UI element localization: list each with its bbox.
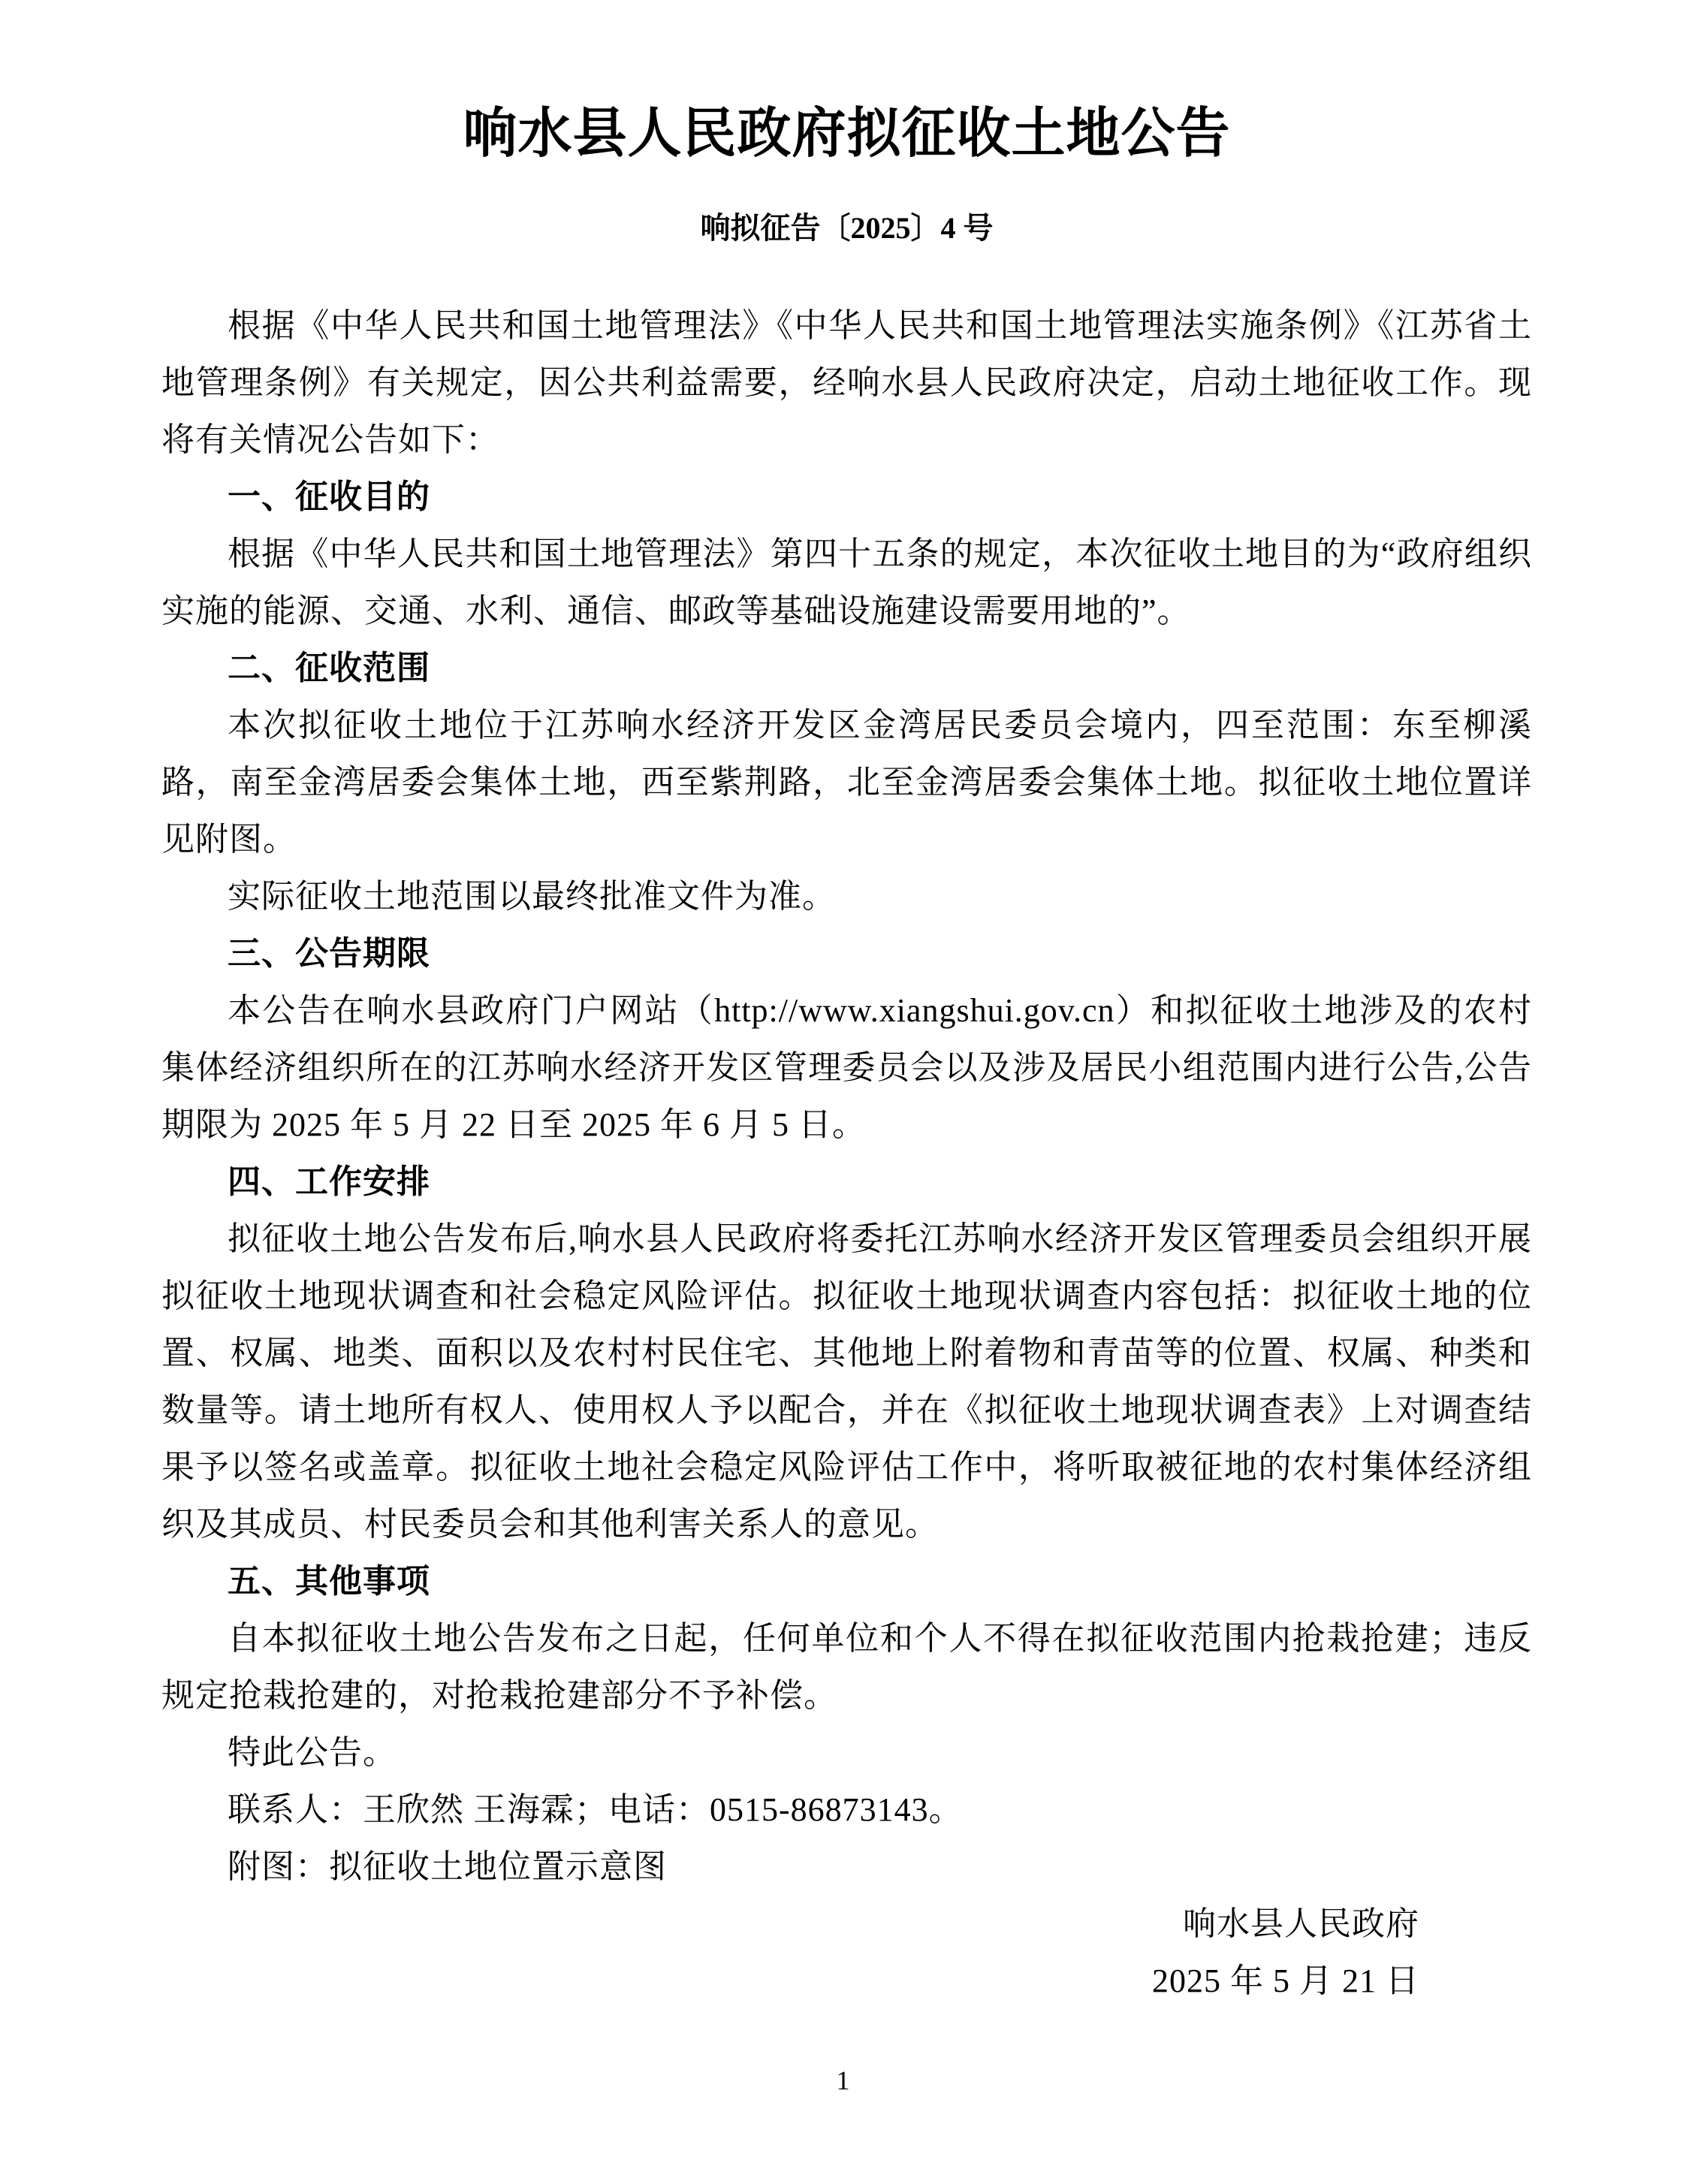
- section-heading-4: 四、工作安排: [161, 1154, 1532, 1211]
- section-purpose: 一、征收目的 根据《中华人民共和国土地管理法》第四十五条的规定，本次征收土地目的…: [161, 469, 1532, 640]
- paragraph-attachment: 附图：拟征收土地位置示意图: [161, 1839, 1532, 1896]
- document-number: 响拟征告〔2025〕4 号: [161, 207, 1532, 249]
- page-number: 1: [0, 2065, 1686, 2095]
- section-other-matters: 五、其他事项 自本拟征收土地公告发布之日起，任何单位和个人不得在拟征收范围内抢栽…: [161, 1553, 1532, 1896]
- section-work-plan: 四、工作安排 拟征收土地公告发布后,响水县人民政府将委托江苏响水经济开发区管理委…: [161, 1154, 1532, 1553]
- paragraph: 自本拟征收土地公告发布之日起，任何单位和个人不得在拟征收范围内抢栽抢建；违反规定…: [161, 1610, 1532, 1724]
- section-heading-3: 三、公告期限: [161, 925, 1532, 982]
- paragraph-contacts: 联系人：王欣然 王海霖；电话：0515-86873143。: [161, 1781, 1532, 1839]
- paragraph-hereby-announced: 特此公告。: [161, 1724, 1532, 1781]
- paragraph: 本次拟征收土地位于江苏响水经济开发区金湾居民委员会境内，四至范围：东至柳溪路，南…: [161, 697, 1532, 868]
- signature-date: 2025 年 5 月 21 日: [161, 1953, 1419, 2010]
- section-notice-period: 三、公告期限 本公告在响水县政府门户网站（http://www.xiangshu…: [161, 925, 1532, 1154]
- paragraph: 根据《中华人民共和国土地管理法》第四十五条的规定，本次征收土地目的为“政府组织实…: [161, 526, 1532, 640]
- section-scope: 二、征收范围 本次拟征收土地位于江苏响水经济开发区金湾居民委员会境内，四至范围：…: [161, 640, 1532, 925]
- section-heading-1: 一、征收目的: [161, 469, 1532, 526]
- signature-issuer: 响水县人民政府: [161, 1896, 1419, 1953]
- signature-block: 响水县人民政府 2025 年 5 月 21 日: [161, 1896, 1532, 2010]
- section-heading-2: 二、征收范围: [161, 640, 1532, 697]
- document-body: 根据《中华人民共和国土地管理法》《中华人民共和国土地管理法实施条例》《江苏省土地…: [161, 297, 1532, 2010]
- paragraph: 拟征收土地公告发布后,响水县人民政府将委托江苏响水经济开发区管理委员会组织开展拟…: [161, 1211, 1532, 1553]
- section-heading-5: 五、其他事项: [161, 1553, 1532, 1610]
- document-title: 响水县人民政府拟征收土地公告: [161, 0, 1532, 164]
- intro-paragraph: 根据《中华人民共和国土地管理法》《中华人民共和国土地管理法实施条例》《江苏省土地…: [161, 297, 1532, 469]
- paragraph: 本公告在响水县政府门户网站（http://www.xiangshui.gov.c…: [161, 982, 1532, 1154]
- paragraph: 实际征收土地范围以最终批准文件为准。: [161, 868, 1532, 925]
- document-page: 响水县人民政府拟征收土地公告 响拟征告〔2025〕4 号 根据《中华人民共和国土…: [0, 0, 1686, 2184]
